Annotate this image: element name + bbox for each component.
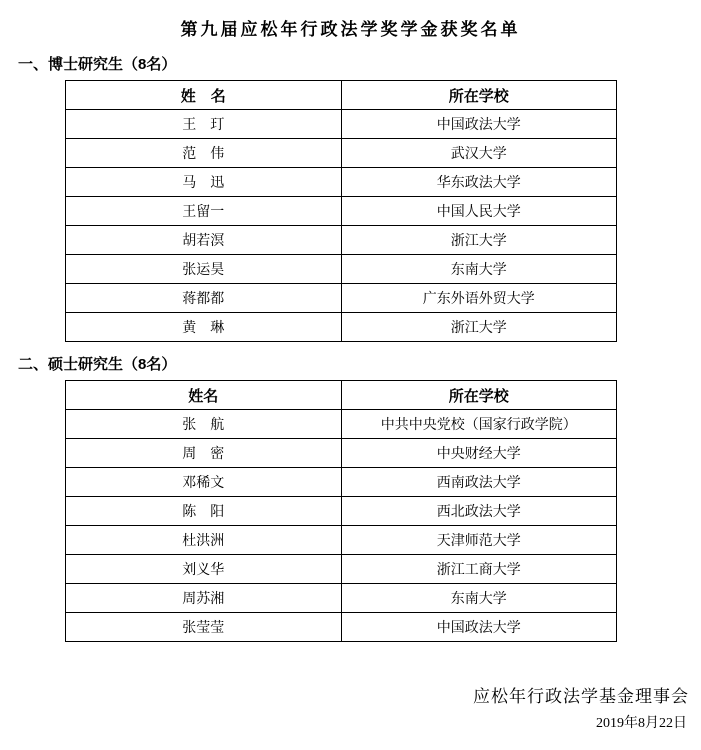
table-row: 张 航 中共中央党校（国家行政学院）	[66, 410, 617, 439]
name-cell: 张运昊	[66, 255, 342, 284]
table-row: 王留一 中国人民大学	[66, 197, 617, 226]
column-header-school: 所在学校	[341, 381, 617, 410]
school-cell: 浙江大学	[341, 313, 617, 342]
column-header-name: 姓 名	[66, 81, 342, 110]
table-row: 蒋都都 广东外语外贸大学	[66, 284, 617, 313]
column-header-name: 姓名	[66, 381, 342, 410]
table-row: 张莹莹 中国政法大学	[66, 613, 617, 642]
name-cell: 蒋都都	[66, 284, 342, 313]
table-row: 黄 琳 浙江大学	[66, 313, 617, 342]
name-cell: 马 迅	[66, 168, 342, 197]
school-cell: 东南大学	[341, 584, 617, 613]
name-cell: 范 伟	[66, 139, 342, 168]
section-heading-masters: 二、硕士研究生（8名）	[18, 355, 701, 375]
signature-date: 2019年8月22日	[0, 715, 701, 733]
section-doctoral: 一、博士研究生（8名） 姓 名 所在学校 王 玎 中国政法大学 范 伟 武汉大学	[0, 55, 701, 342]
table-row: 杜洪洲 天津师范大学	[66, 526, 617, 555]
table-header-row: 姓 名 所在学校	[66, 81, 617, 110]
school-cell: 中共中央党校（国家行政学院）	[341, 410, 617, 439]
school-cell: 广东外语外贸大学	[341, 284, 617, 313]
name-cell: 周苏湘	[66, 584, 342, 613]
school-cell: 中央财经大学	[341, 439, 617, 468]
school-cell: 天津师范大学	[341, 526, 617, 555]
school-cell: 东南大学	[341, 255, 617, 284]
name-cell: 张莹莹	[66, 613, 342, 642]
name-cell: 王 玎	[66, 110, 342, 139]
name-cell: 张 航	[66, 410, 342, 439]
signature-organization: 应松年行政法学基金理事会	[0, 685, 701, 709]
school-cell: 华东政法大学	[341, 168, 617, 197]
table-row: 马 迅 华东政法大学	[66, 168, 617, 197]
masters-award-table: 姓名 所在学校 张 航 中共中央党校（国家行政学院） 周 密 中央财经大学 邓稀…	[65, 380, 617, 642]
section-masters: 二、硕士研究生（8名） 姓名 所在学校 张 航 中共中央党校（国家行政学院） 周…	[0, 355, 701, 642]
table-row: 陈 阳 西北政法大学	[66, 497, 617, 526]
table-row: 范 伟 武汉大学	[66, 139, 617, 168]
table-header-row: 姓名 所在学校	[66, 381, 617, 410]
table-row: 张运昊 东南大学	[66, 255, 617, 284]
doctoral-award-table: 姓 名 所在学校 王 玎 中国政法大学 范 伟 武汉大学 马 迅 华东政法大学	[65, 80, 617, 342]
table-row: 邓稀文 西南政法大学	[66, 468, 617, 497]
school-cell: 中国政法大学	[341, 110, 617, 139]
section-heading-doctoral: 一、博士研究生（8名）	[18, 55, 701, 75]
school-cell: 中国人民大学	[341, 197, 617, 226]
name-cell: 陈 阳	[66, 497, 342, 526]
table-row: 刘义华 浙江工商大学	[66, 555, 617, 584]
document-title: 第九届应松年行政法学奖学金获奖名单	[0, 18, 701, 42]
school-cell: 西北政法大学	[341, 497, 617, 526]
name-cell: 刘义华	[66, 555, 342, 584]
name-cell: 王留一	[66, 197, 342, 226]
table-row: 周 密 中央财经大学	[66, 439, 617, 468]
name-cell: 胡若溟	[66, 226, 342, 255]
name-cell: 周 密	[66, 439, 342, 468]
school-cell: 浙江大学	[341, 226, 617, 255]
name-cell: 邓稀文	[66, 468, 342, 497]
column-header-school: 所在学校	[341, 81, 617, 110]
school-cell: 浙江工商大学	[341, 555, 617, 584]
table-row: 胡若溟 浙江大学	[66, 226, 617, 255]
table-row: 周苏湘 东南大学	[66, 584, 617, 613]
name-cell: 杜洪洲	[66, 526, 342, 555]
school-cell: 武汉大学	[341, 139, 617, 168]
table-row: 王 玎 中国政法大学	[66, 110, 617, 139]
school-cell: 西南政法大学	[341, 468, 617, 497]
signature-block: 应松年行政法学基金理事会 2019年8月22日	[0, 685, 701, 733]
school-cell: 中国政法大学	[341, 613, 617, 642]
name-cell: 黄 琳	[66, 313, 342, 342]
document-page: 第九届应松年行政法学奖学金获奖名单 一、博士研究生（8名） 姓 名 所在学校 王…	[0, 0, 701, 750]
